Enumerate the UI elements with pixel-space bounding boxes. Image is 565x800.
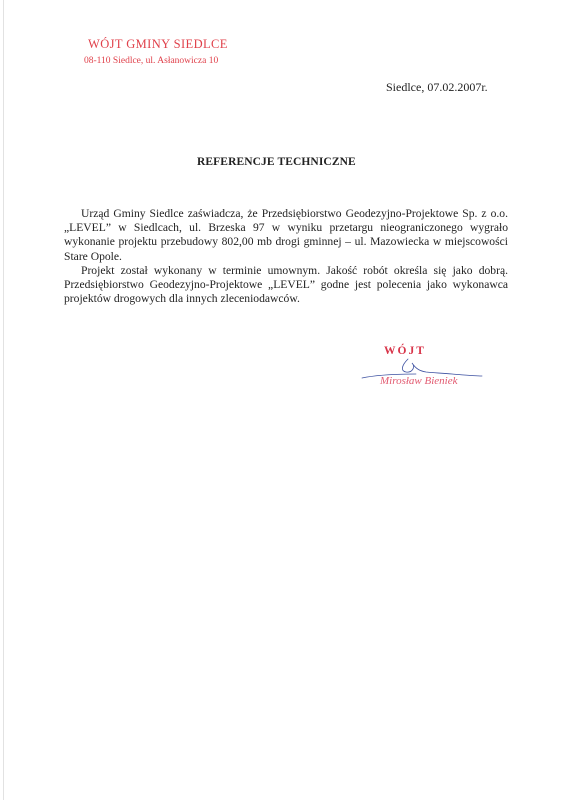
page-edge bbox=[3, 0, 4, 800]
letterhead-title: WÓJT GMINY SIEDLCE bbox=[88, 37, 228, 52]
letterhead-stamp: WÓJT GMINY SIEDLCE 08-110 Siedlce, ul. A… bbox=[84, 37, 228, 68]
date-line: Siedlce, 07.02.2007r. bbox=[386, 80, 488, 95]
signatory-name: Mirosław Bieniek bbox=[380, 375, 458, 387]
letterhead-address: 08-110 Siedlce, ul. Asłanowicza 10 bbox=[84, 54, 228, 68]
document-title: REFERENCJE TECHNICZNE bbox=[197, 156, 356, 168]
document-body: Urząd Gminy Siedlce zaświadcza, że Przed… bbox=[64, 207, 508, 306]
paragraph: Urząd Gminy Siedlce zaświadcza, że Przed… bbox=[64, 207, 508, 264]
signature-stamp: WÓJT Mirosław Bieniek bbox=[356, 345, 486, 395]
stamp-title: WÓJT bbox=[384, 345, 426, 357]
paragraph: Projekt został wykonany w terminie umown… bbox=[64, 264, 508, 307]
